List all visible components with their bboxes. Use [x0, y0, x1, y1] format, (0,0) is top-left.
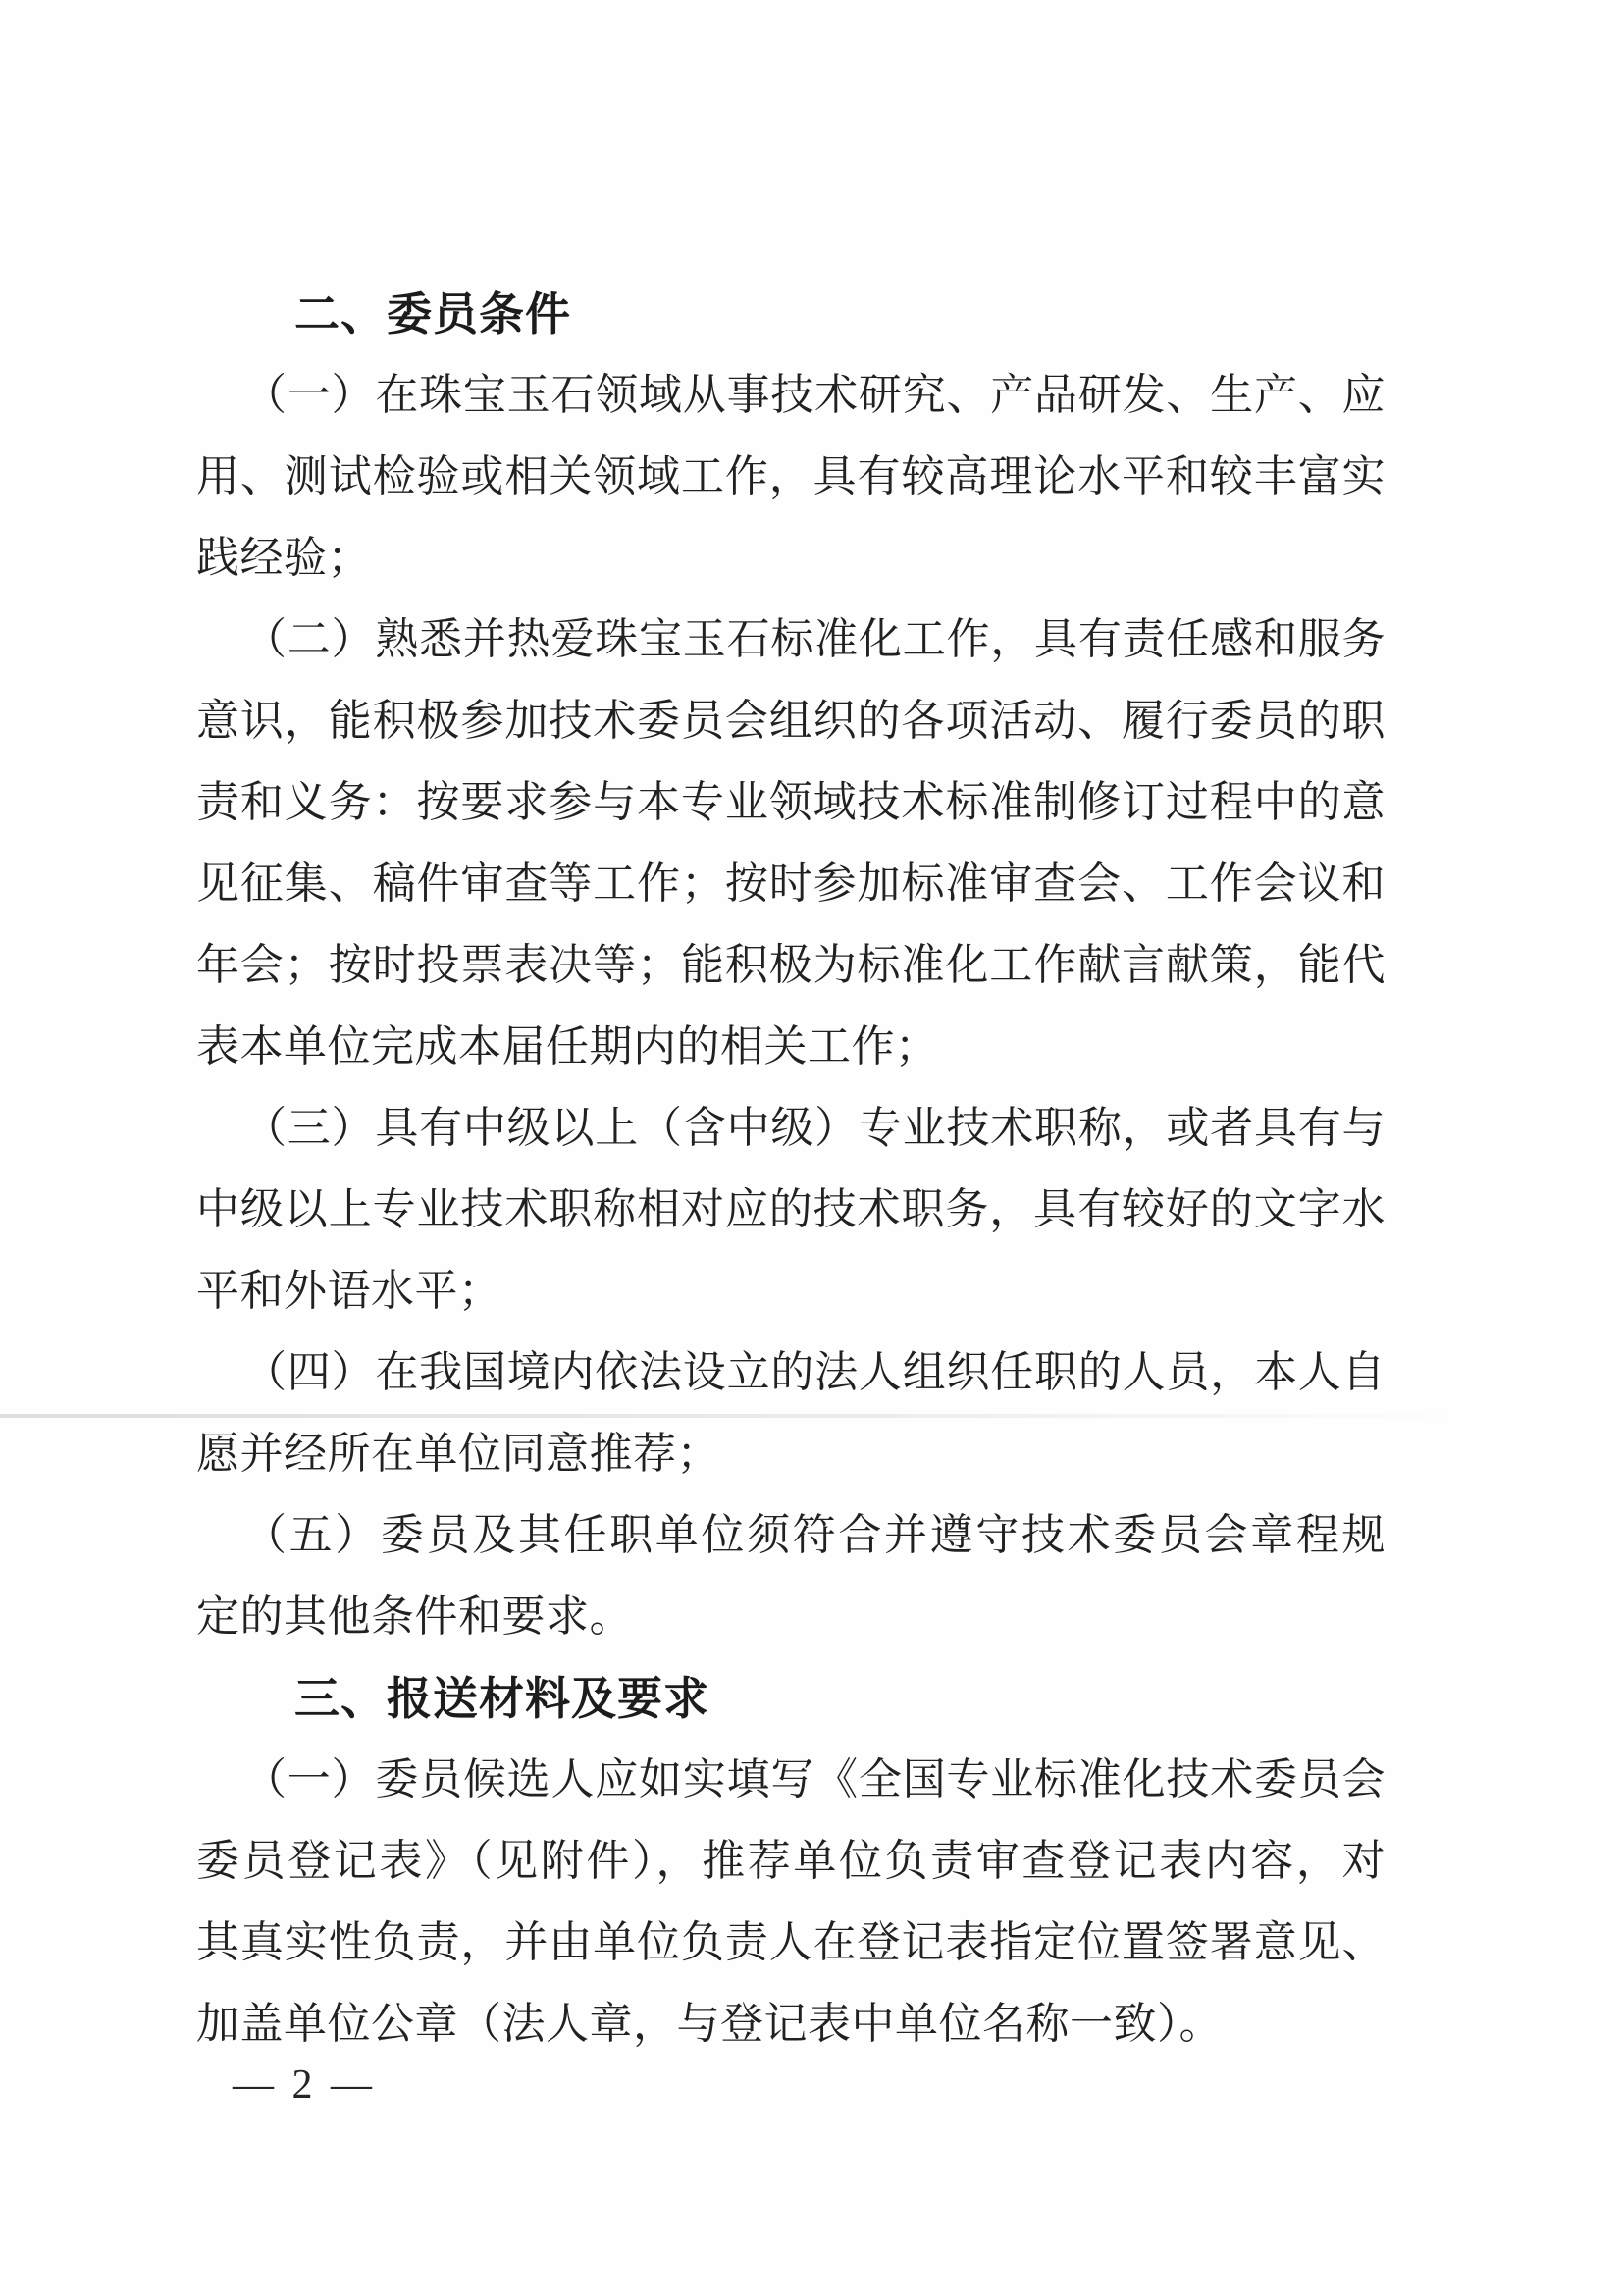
- text-line: （二）熟悉并热爱珠宝玉石标准化工作，具有责任感和服务: [196, 613, 1386, 666]
- text-line: 践经验；: [196, 532, 371, 585]
- text-line: 意识，能积极参加技术委员会组织的各项活动、履行委员的职: [196, 695, 1386, 748]
- text-line: 表本单位完成本届任期内的相关工作；: [196, 1020, 939, 1073]
- text-line: 定的其他条件和要求。: [196, 1591, 633, 1644]
- text-line: 见征集、稿件审查等工作；按时参加标准审查会、工作会议和: [196, 858, 1386, 911]
- text-line: 用、测试检验或相关领域工作，具有较高理论水平和较丰富实: [196, 450, 1386, 503]
- text-line: （三）具有中级以上（含中级）专业技术职称，或者具有与: [196, 1102, 1386, 1155]
- text-line: （一）委员候选人应如实填写《全国专业标准化技术委员会: [196, 1753, 1386, 1806]
- text-line: 平和外语水平；: [196, 1265, 502, 1318]
- text-line: 年会；按时投票表决等；能积极为标准化工作献言献策，能代: [196, 939, 1386, 992]
- scan-crease-artifact: [0, 1414, 1467, 1418]
- text-line: （一）在珠宝玉石领域从事技术研究、产品研发、生产、应: [196, 369, 1386, 422]
- text-line: 委员登记表》（见附件），推荐单位负责审查登记表内容，对: [196, 1835, 1386, 1888]
- text-line: （四）在我国境内依法设立的法人组织任职的人员，本人自: [196, 1346, 1386, 1399]
- section-heading: 三、报送材料及要求: [294, 1672, 709, 1725]
- text-line: 责和义务：按要求参与本专业领域技术标准制修订过程中的意: [196, 776, 1386, 829]
- section-heading: 二、委员条件: [294, 287, 571, 340]
- text-line: 中级以上专业技术职称相对应的技术职务，具有较好的文字水: [196, 1183, 1386, 1236]
- text-line: 愿并经所在单位同意推荐；: [196, 1428, 720, 1481]
- document-page: 二、委员条件（一）在珠宝玉石领域从事技术研究、产品研发、生产、应用、测试检验或相…: [0, 0, 1623, 2296]
- text-line: 加盖单位公章（法人章，与登记表中单位名称一致）。: [196, 1998, 1223, 2051]
- page-number: — 2 —: [233, 2061, 376, 2110]
- text-line: （五）委员及其任职单位须符合并遵守技术委员会章程规: [196, 1509, 1386, 1562]
- text-line: 其真实性负责，并由单位负责人在登记表指定位置签署意见、: [196, 1916, 1386, 1969]
